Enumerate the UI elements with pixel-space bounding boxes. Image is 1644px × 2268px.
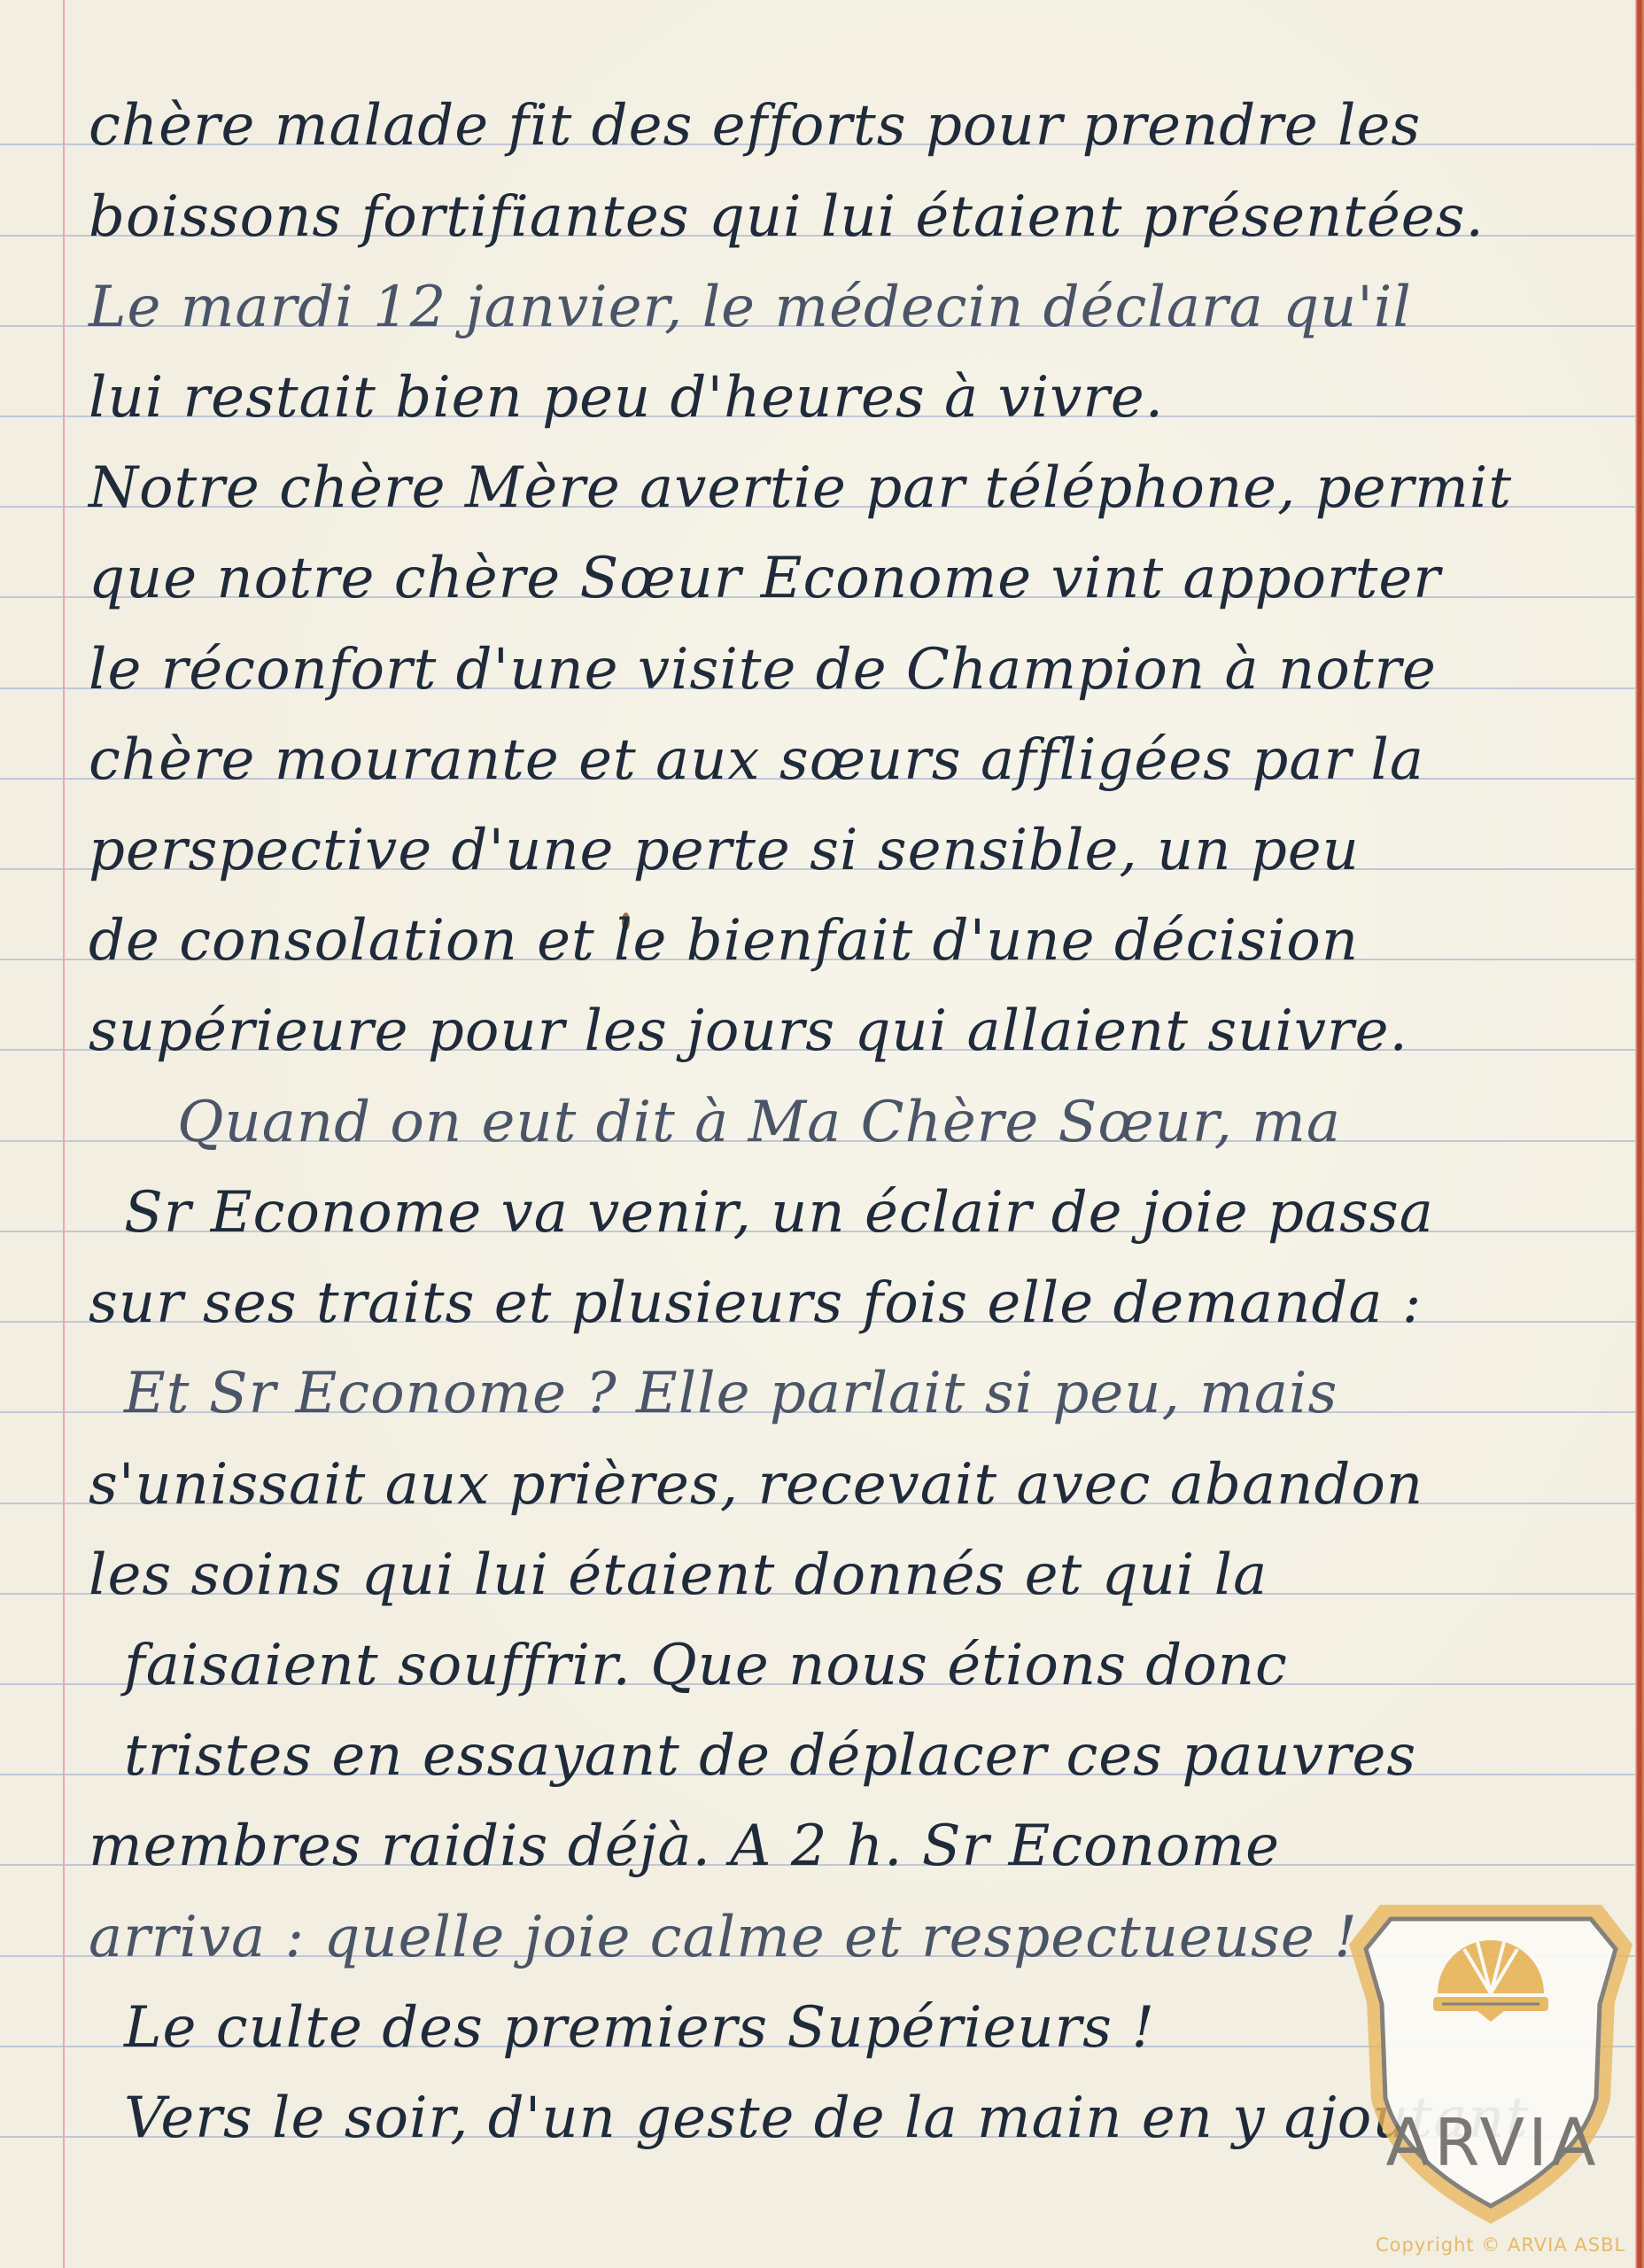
text-line: lui restait bien peu d'heures à vivre. bbox=[89, 369, 1164, 426]
text-line: chère mourante et aux sœurs affligées pa… bbox=[89, 732, 1424, 788]
text-line: le réconfort d'une visite de Champion à … bbox=[89, 641, 1437, 698]
text-line: arriva : quelle joie calme et respectueu… bbox=[89, 1909, 1358, 1966]
margin-line bbox=[63, 0, 65, 2268]
text-line: Le culte des premiers Supérieurs ! bbox=[124, 2000, 1155, 2056]
text-line: perspective d'une perte si sensible, un … bbox=[89, 822, 1360, 879]
text-line: les soins qui lui étaient donnés et qui … bbox=[89, 1547, 1268, 1604]
text-line: de consolation et le bienfait d'une déci… bbox=[89, 913, 1359, 969]
arvia-logo-text: ARVIA bbox=[1351, 2105, 1634, 2181]
text-line: s'unissait aux prières, recevait avec ab… bbox=[89, 1456, 1423, 1513]
text-line: membres raidis déjà. A 2 h. Sr Econome bbox=[89, 1818, 1280, 1875]
shield-book-icon bbox=[1345, 1896, 1637, 2233]
text-line: tristes en essayant de déplacer ces pauv… bbox=[124, 1728, 1416, 1784]
text-line: Vers le soir, d'un geste de la main en y… bbox=[124, 2090, 1529, 2147]
text-line: Quand on eut dit à Ma Chère Sœur, ma bbox=[177, 1094, 1341, 1151]
arvia-logo-watermark bbox=[1345, 1896, 1637, 2233]
text-line: que notre chère Sœur Econome vint apport… bbox=[89, 550, 1441, 607]
text-line: sur ses traits et plusieurs fois elle de… bbox=[89, 1275, 1422, 1332]
text-line: Sr Econome va venir, un éclair de joie p… bbox=[124, 1184, 1434, 1241]
text-line: Le mardi 12 janvier, le médecin déclara … bbox=[89, 279, 1412, 336]
text-line: supérieure pour les jours qui allaient s… bbox=[89, 1003, 1408, 1060]
text-line: chère malade fit des efforts pour prendr… bbox=[89, 97, 1421, 154]
copyright-notice: Copyright © ARVIA ASBL bbox=[1376, 2234, 1625, 2256]
text-line: Et Sr Econome ? Elle parlait si peu, mai… bbox=[124, 1365, 1338, 1422]
text-line: boissons fortifiantes qui lui étaient pr… bbox=[89, 189, 1485, 245]
text-line: faisaient souffrir. Que nous étions donc bbox=[124, 1637, 1288, 1694]
text-line: Notre chère Mère avertie par téléphone, … bbox=[89, 460, 1512, 517]
